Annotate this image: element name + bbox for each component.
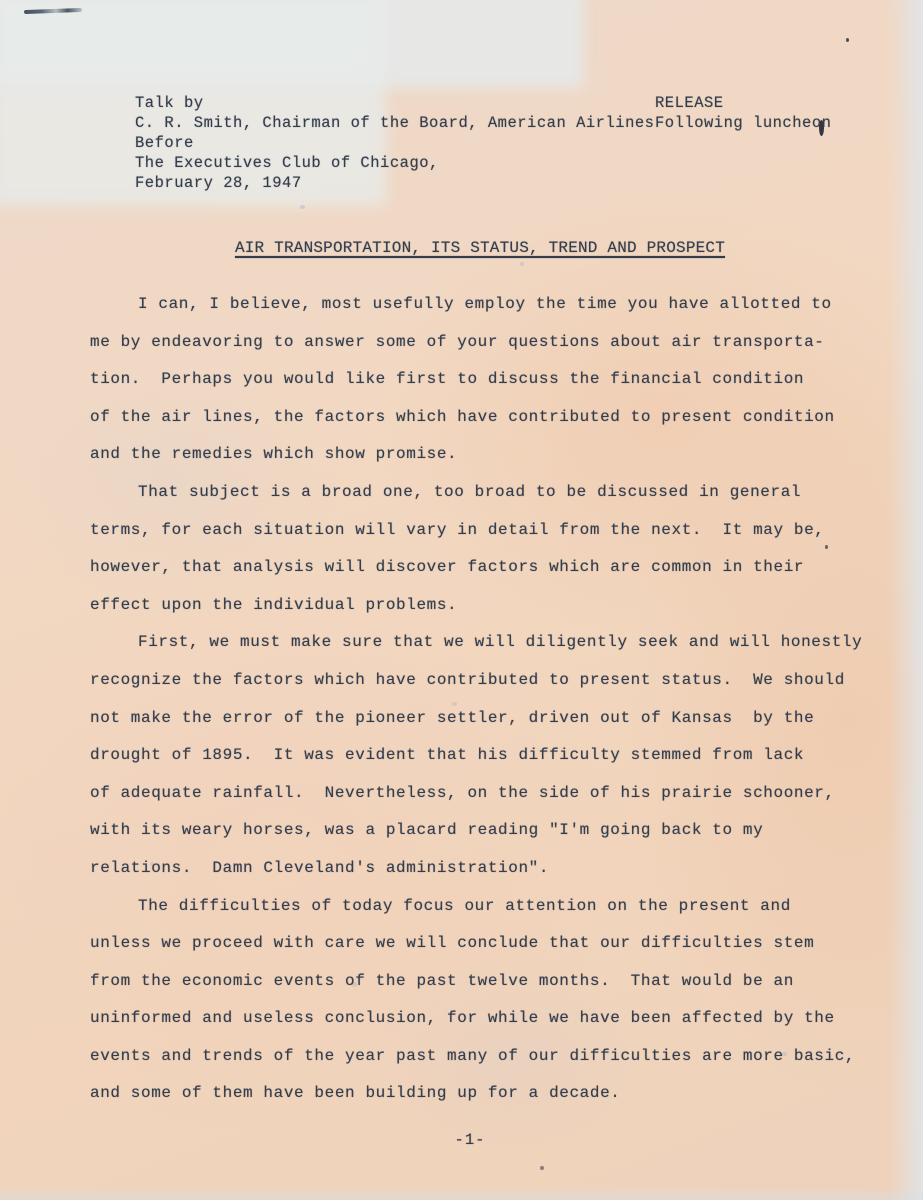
speckle [300,205,305,209]
speckle [846,38,849,42]
paragraph-line: events and trends of the year past many … [90,1038,905,1076]
page-number: -1- [0,1131,923,1149]
paragraph: The difficulties of today focus our atte… [90,888,905,1114]
header-line: Talk by [135,93,654,113]
paragraph-line: effect upon the individual problems. [90,587,905,625]
paragraph-line: of the air lines, the factors which have… [90,399,905,437]
header-line: C. R. Smith, Chairman of the Board, Amer… [135,113,654,133]
paragraph-line: terms, for each situation will vary in d… [90,512,905,550]
paragraph-line: unless we proceed with care we will conc… [90,925,905,963]
paragraph-line: I can, I believe, most usefully employ t… [90,286,905,324]
scan-edge-bottom [0,1186,923,1200]
header-line: The Executives Club of Chicago, [135,153,654,173]
paragraph-line: recognize the factors which have contrib… [90,662,905,700]
paragraph-line: of adequate rainfall. Nevertheless, on t… [90,775,905,813]
paragraph-line: with its weary horses, was a placard rea… [90,812,905,850]
paragraph-line: however, that analysis will discover fac… [90,549,905,587]
paragraph: That subject is a broad one, too broad t… [90,474,905,624]
speckle [520,262,524,266]
paragraph-line: drought of 1895. It was evident that his… [90,737,905,775]
paragraph-line: That subject is a broad one, too broad t… [90,474,905,512]
paragraph-line: The difficulties of today focus our atte… [90,888,905,926]
paragraph-line: me by endeavoring to answer some of your… [90,324,905,362]
paragraph-line: and the remedies which show promise. [90,436,905,474]
header-line: Before [135,133,654,153]
scanned-document-page: Talk byC. R. Smith, Chairman of the Boar… [0,0,923,1200]
paragraph-line: relations. Damn Cleveland's administrati… [90,850,905,888]
paragraph-line: First, we must make sure that we will di… [90,624,905,662]
paragraph: First, we must make sure that we will di… [90,624,905,887]
header-line: Following luncheon [655,113,831,133]
speckle [540,1166,544,1170]
header-block-right: RELEASEFollowing luncheon [655,93,831,133]
header-block-left: Talk byC. R. Smith, Chairman of the Boar… [135,93,654,193]
paragraph: I can, I believe, most usefully employ t… [90,286,905,474]
paragraph-line: uninformed and useless conclusion, for w… [90,1000,905,1038]
header-line: RELEASE [655,93,831,113]
document-title: AIR TRANSPORTATION, ITS STATUS, TREND AN… [90,239,870,257]
paragraph-line: and some of them have been building up f… [90,1075,905,1113]
paragraph-line: tion. Perhaps you would like first to di… [90,361,905,399]
paragraph-line: from the economic events of the past twe… [90,963,905,1001]
paragraph-line: not make the error of the pioneer settle… [90,700,905,738]
header-line: February 28, 1947 [135,173,654,193]
document-body: I can, I believe, most usefully employ t… [90,286,905,1113]
